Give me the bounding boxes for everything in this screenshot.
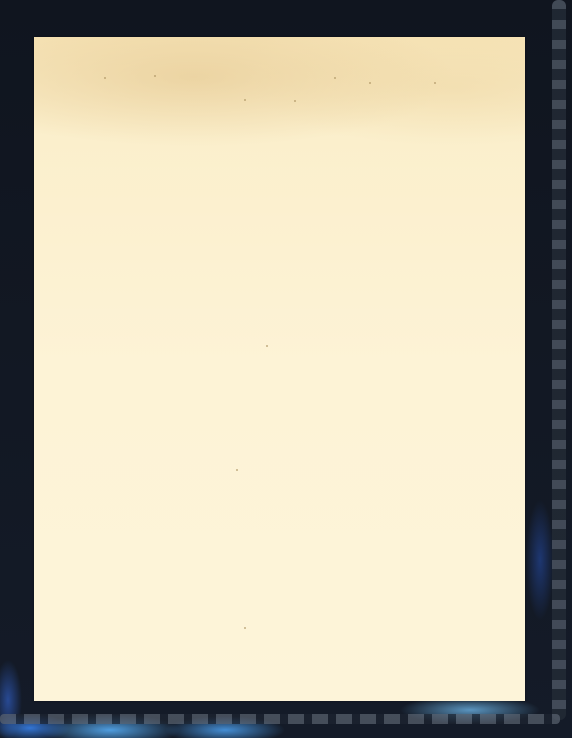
speck [294, 100, 296, 102]
speck [104, 77, 106, 79]
speck [244, 627, 246, 629]
blank-card [34, 37, 525, 701]
speck [434, 82, 436, 84]
speck [266, 345, 268, 347]
speck [334, 77, 336, 79]
sleeve-edge-bottom [0, 714, 560, 724]
speck [244, 99, 246, 101]
sleeve-edge-right [552, 0, 566, 720]
speck [154, 75, 156, 77]
speck [369, 82, 371, 84]
speck [236, 469, 238, 471]
